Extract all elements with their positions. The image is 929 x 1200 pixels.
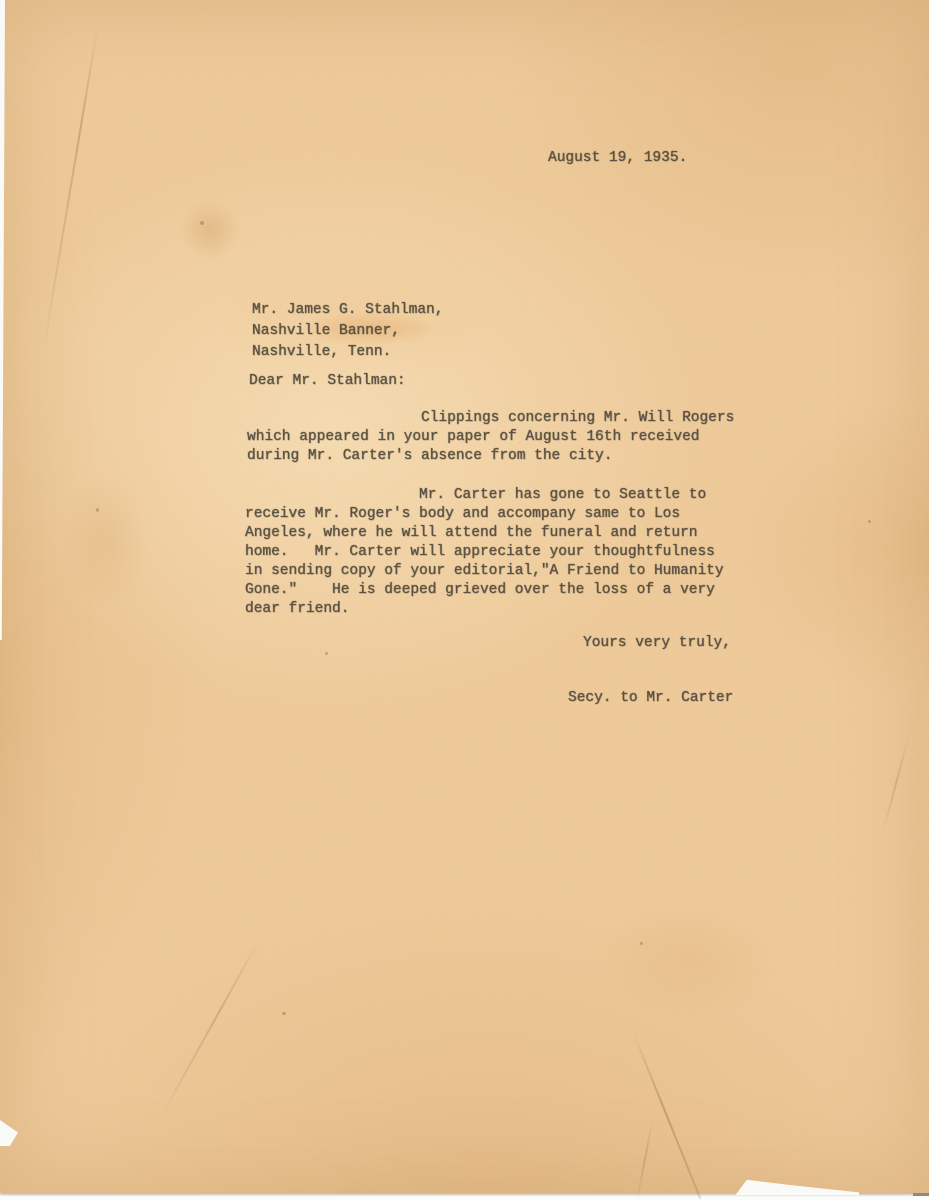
salutation-line: Dear Mr. Stahlman:: [249, 372, 406, 391]
closing-line: Yours very truly,: [583, 634, 731, 653]
body-paragraph-2: Mr. Carter has gone to Seattle to receiv…: [245, 486, 724, 619]
scan-edge-mark: [913, 1193, 929, 1196]
letter-date: August 19, 1935.: [548, 149, 687, 168]
paper-speck: [96, 508, 99, 512]
paper-speck: [640, 942, 643, 945]
paper-speck: [282, 1012, 286, 1015]
paper-stain: [600, 900, 780, 1020]
scanned-letter-page: August 19, 1935. Mr. James G. Stahlman, …: [0, 0, 929, 1200]
recipient-address-block: Mr. James G. Stahlman, Nashville Banner,…: [252, 300, 443, 363]
paper-crease: [632, 1032, 701, 1200]
paper-crease: [636, 1118, 654, 1200]
paper-crease: [882, 735, 910, 832]
paper-crease: [162, 940, 260, 1114]
paper-speck: [325, 652, 328, 655]
paper-speck: [868, 520, 871, 523]
paper-crease: [43, 24, 99, 350]
body-paragraph-1: Clippings concerning Mr. Will Rogers whi…: [247, 409, 734, 466]
paper-stain: [60, 470, 150, 610]
paper-speck: [200, 221, 204, 225]
paper-stain: [180, 200, 240, 260]
signature-line: Secy. to Mr. Carter: [568, 689, 733, 708]
